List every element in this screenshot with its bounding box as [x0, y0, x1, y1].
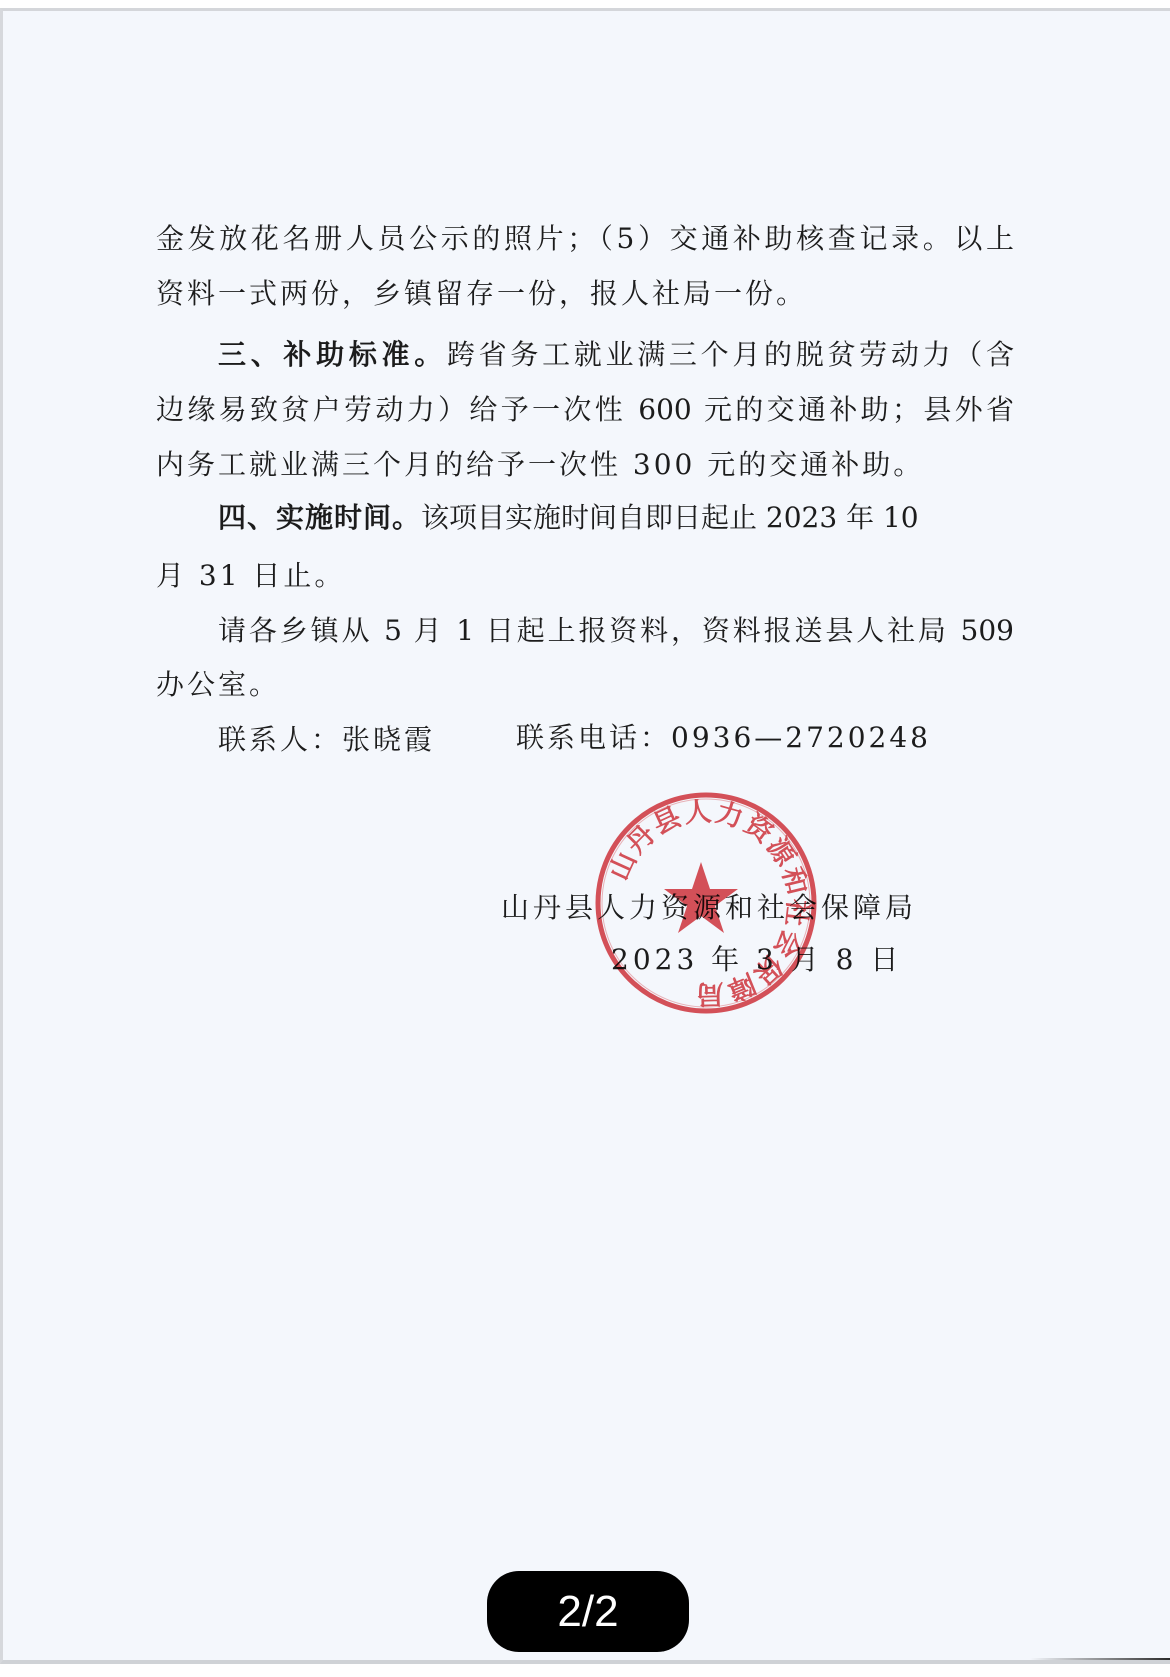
- star-icon: [664, 862, 738, 933]
- section-3-line-1: 三、补助标准。跨省务工就业满三个月的脱贫劳动力（含: [156, 335, 1014, 375]
- contact-person-name: 张晓霞: [342, 723, 435, 756]
- section-4-line-2: 月 31 日止。: [156, 556, 1014, 596]
- text-line: 资料一式两份，乡镇留存一份，报人社局一份。: [156, 274, 1014, 314]
- page-counter-badge: 2/2: [487, 1571, 689, 1652]
- text-line: 金发放花名册人员公示的照片；（5）交通补助核查记录。以上: [156, 219, 1014, 259]
- document-page: 金发放花名册人员公示的照片；（5）交通补助核查记录。以上 资料一式两份，乡镇留存…: [0, 8, 1170, 1664]
- section-4-text: 该项目实施时间自即日起止 2023 年 10: [421, 501, 919, 534]
- section-3-line-3: 内务工就业满三个月的给予一次性 300 元的交通补助。: [156, 445, 1014, 485]
- section-4-line-1: 四、实施时间。该项目实施时间自即日起止 2023 年 10: [156, 498, 916, 538]
- notice-line-2: 办公室。: [156, 665, 1014, 705]
- contact-phone-number: 0936—2720248: [671, 721, 931, 754]
- section-3-text: 跨省务工就业满三个月的脱贫劳动力（含: [447, 338, 1014, 371]
- section-4-heading: 四、实施时间。: [218, 501, 421, 534]
- contact-phone: 联系电话：0936—2720248: [516, 718, 931, 758]
- contact-phone-label: 联系电话：: [516, 721, 671, 754]
- section-3-heading: 三、补助标准。: [218, 338, 447, 371]
- contact-person-label: 联系人：: [218, 723, 342, 756]
- notice-line-1: 请各乡镇从 5 月 1 日起上报资料，资料报送县人社局 509: [156, 611, 1014, 651]
- contact-person: 联系人：张晓霞: [156, 720, 556, 760]
- section-3-line-2: 边缘易致贫户劳动力）给予一次性 600 元的交通补助；县外省: [156, 390, 1014, 430]
- official-seal-stamp: 山丹县人力资源和社会保障局: [593, 790, 819, 1016]
